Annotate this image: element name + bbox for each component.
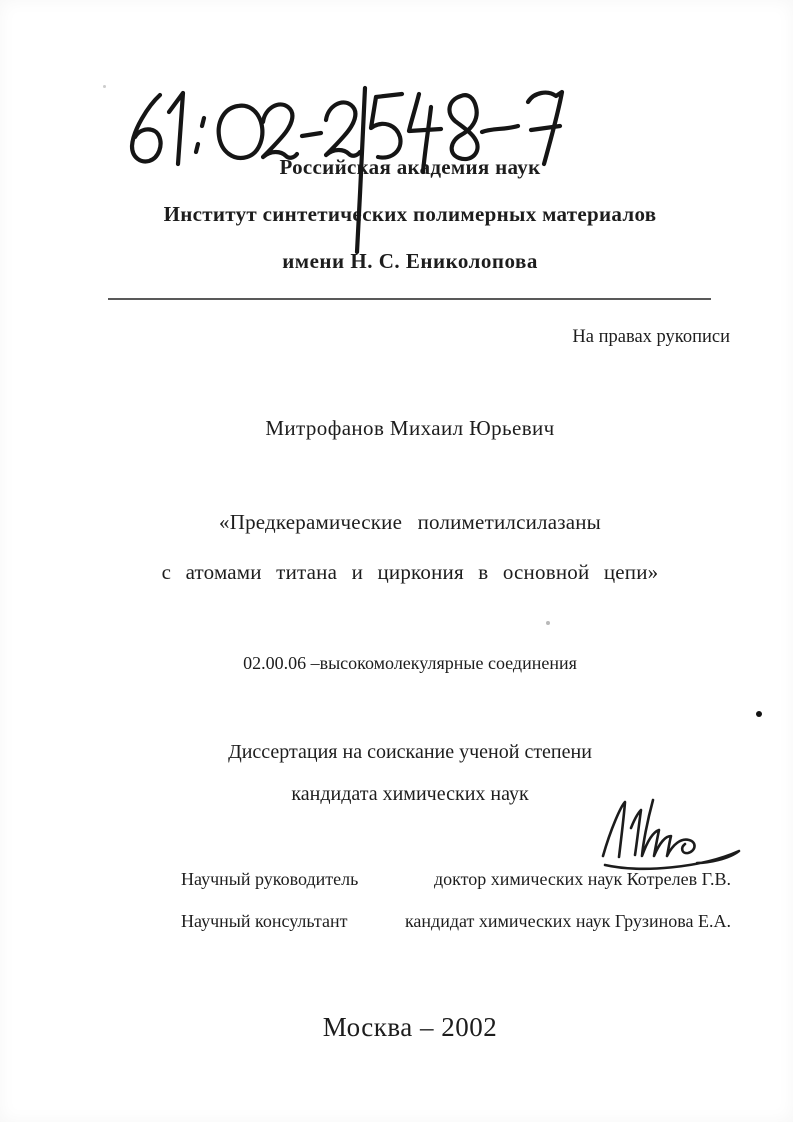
consultant-label: Научный консультант bbox=[181, 911, 348, 932]
dissertation-title-line2: с атомами титана и циркония в основной ц… bbox=[55, 560, 765, 585]
dissertation-title-line1: «Предкерамические полиметилсилазаны bbox=[55, 510, 765, 535]
supervisor-label: Научный руководитель bbox=[181, 869, 358, 890]
consultant-value: кандидат химических наук Грузинова Е.А. bbox=[405, 911, 731, 932]
degree-statement-line1: Диссертация на соискание ученой степени bbox=[55, 741, 765, 764]
ink-speck bbox=[756, 711, 762, 717]
signature-icon bbox=[596, 794, 748, 872]
supervisor-row: Научный руководитель доктор химических н… bbox=[55, 869, 765, 890]
ink-speck bbox=[546, 621, 550, 625]
city-year: Москва – 2002 bbox=[55, 1012, 765, 1043]
manuscript-rights-note: На правах рукописи bbox=[55, 327, 730, 348]
consultant-row: Научный консультант кандидат химических … bbox=[55, 911, 765, 932]
catalog-number-text: 61:02-2/548-7 bbox=[0, 0, 1, 1]
author-name: Митрофанов Михаил Юрьевич bbox=[55, 416, 765, 441]
dissertation-title-page: 61:02-2/548-7 Российская академия наук И… bbox=[0, 0, 793, 1122]
specialty-code: 02.00.06 –высокомолекулярные соединения bbox=[55, 653, 765, 674]
ink-speck bbox=[103, 85, 106, 88]
supervisor-value: доктор химических наук Котрелев Г.В. bbox=[434, 869, 731, 890]
horizontal-rule bbox=[108, 298, 711, 300]
handwritten-catalog-number-icon bbox=[122, 78, 572, 256]
